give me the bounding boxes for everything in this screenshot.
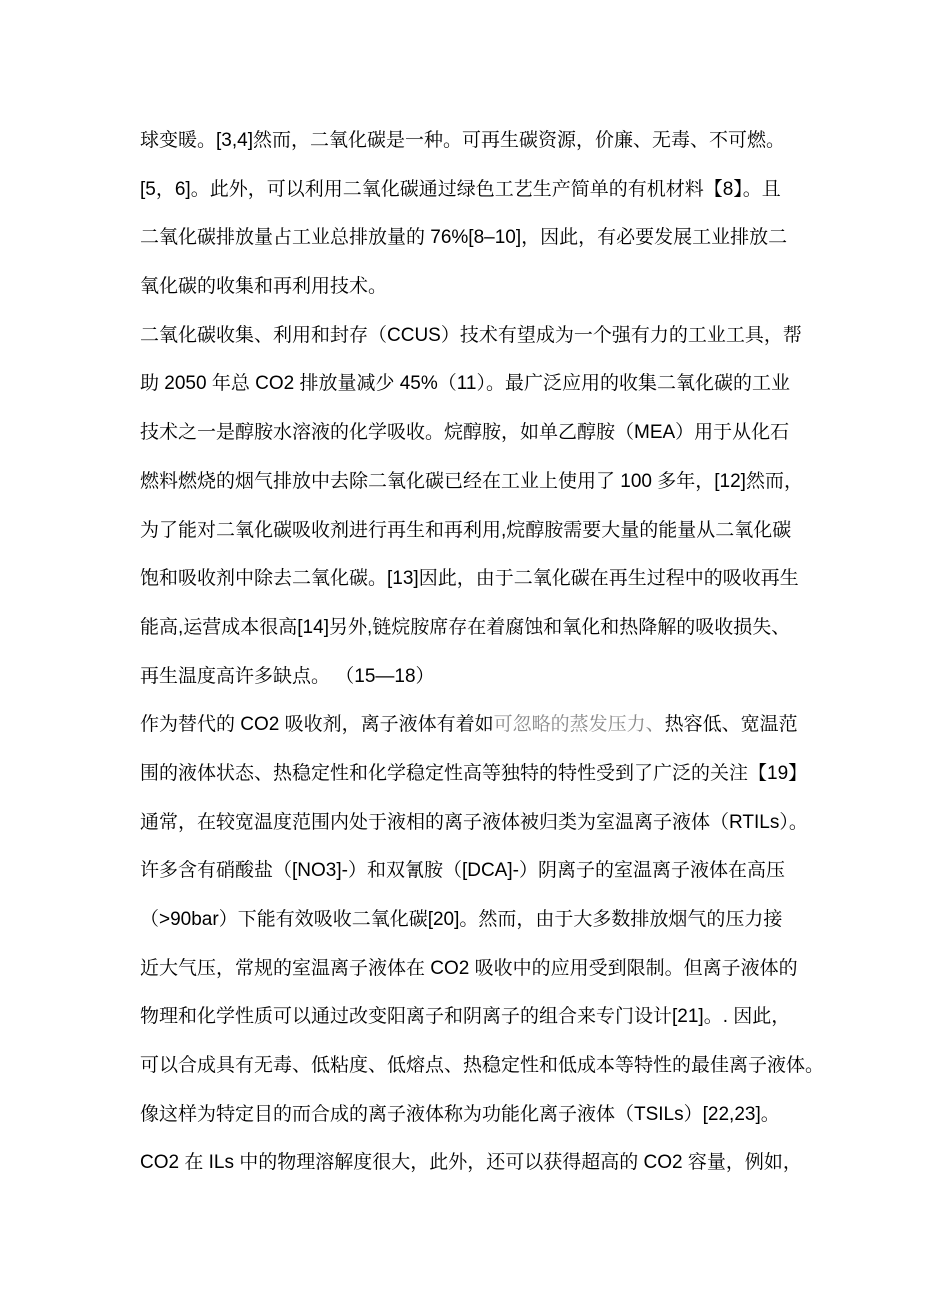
text-segment: [5，6]。此外，可以利用二氧化碳通过绿色工艺生产简单的有机材料【8】。且: [140, 179, 781, 200]
text-line: 二氧化碳收集、利用和封存（CCUS）技术有望成为一个强有力的工业工具，帮: [140, 312, 805, 361]
text-segment: 热容低、宽温范: [665, 714, 798, 735]
text-segment: 像这样为特定目的而合成的离子液体称为功能化离子液体（TSILs）[22,23]。: [140, 1104, 780, 1125]
text-line: 二氧化碳排放量占工业总排放量的 76%[8–10]，因此，有必要发展工业排放二: [140, 214, 805, 263]
text-segment: （>90bar）下能有效吸收二氧化碳[20]。然而，由于大多数排放烟气的压力接: [140, 909, 782, 930]
text-line: 燃料燃烧的烟气排放中去除二氧化碳已经在工业上使用了 100 多年，[12]然而，: [140, 458, 805, 507]
text-line: [5，6]。此外，可以利用二氧化碳通过绿色工艺生产简单的有机材料【8】。且: [140, 166, 805, 215]
text-segment: 助 2050 年总 CO2 排放量减少 45%（11）。最广泛应用的收集二氧化碳…: [140, 373, 790, 394]
text-line: 能高,运营成本很高[14]另外,链烷胺席存在着腐蚀和氧化和热降解的吸收损失、: [140, 604, 805, 653]
text-segment: 可以合成具有无毒、低粘度、低熔点、热稳定性和低成本等特性的最佳离子液体。: [140, 1055, 824, 1076]
text-line: 为了能对二氧化碳吸收剂进行再生和再利用,烷醇胺需要大量的能量从二氧化碳: [140, 507, 805, 556]
text-segment: 技术之一是醇胺水溶液的化学吸收。烷醇胺，如单乙醇胺（MEA）用于从化石: [140, 422, 789, 443]
text-line: 作为替代的 CO2 吸收剂，离子液体有着如可忽略的蒸发压力、热容低、宽温范: [140, 701, 805, 750]
text-line: 饱和吸收剂中除去二氧化碳。[13]因此，由于二氧化碳在再生过程中的吸收再生: [140, 555, 805, 604]
text-line: 通常，在较宽温度范围内处于液相的离子液体被归类为室温离子液体（RTILs）。: [140, 799, 805, 848]
text-line: 助 2050 年总 CO2 排放量减少 45%（11）。最广泛应用的收集二氧化碳…: [140, 360, 805, 409]
grayed-text-segment: 可忽略的蒸发压力、: [494, 714, 665, 735]
text-segment: 燃料燃烧的烟气排放中去除二氧化碳已经在工业上使用了 100 多年，[12]然而，: [140, 471, 803, 492]
text-segment: 为了能对二氧化碳吸收剂进行再生和再利用,烷醇胺需要大量的能量从二氧化碳: [140, 520, 791, 541]
text-segment: 物理和化学性质可以通过改变阳离子和阴离子的组合来专门设计[21]。. 因此，: [140, 1006, 790, 1027]
text-line: 球变暖。[3,4]然而，二氧化碳是一种。可再生碳资源，价廉、无毒、不可燃。: [140, 117, 805, 166]
text-line: 氧化碳的收集和再利用技术。: [140, 263, 805, 312]
document-text: 球变暖。[3,4]然而，二氧化碳是一种。可再生碳资源，价廉、无毒、不可燃。[5，…: [140, 117, 805, 1188]
text-line: 近大气压，常规的室温离子液体在 CO2 吸收中的应用受到限制。但离子液体的: [140, 945, 805, 994]
text-segment: 许多含有硝酸盐（[NO3]-）和双氰胺（[DCA]-）阴离子的室温离子液体在高压: [140, 860, 785, 881]
text-segment: 通常，在较宽温度范围内处于液相的离子液体被归类为室温离子液体（RTILs）。: [140, 812, 808, 833]
text-segment: 饱和吸收剂中除去二氧化碳。[13]因此，由于二氧化碳在再生过程中的吸收再生: [140, 568, 799, 589]
text-segment: 二氧化碳排放量占工业总排放量的 76%[8–10]，因此，有必要发展工业排放二: [140, 227, 787, 248]
text-line: 围的液体状态、热稳定性和化学稳定性高等独特的特性受到了广泛的关注【19】: [140, 750, 805, 799]
text-line: 许多含有硝酸盐（[NO3]-）和双氰胺（[DCA]-）阴离子的室温离子液体在高压: [140, 847, 805, 896]
text-line: 再生温度高许多缺点。 （15—18）: [140, 653, 805, 702]
text-line: CO2 在 ILs 中的物理溶解度很大，此外，还可以获得超高的 CO2 容量，例…: [140, 1139, 805, 1188]
text-segment: CO2 在 ILs 中的物理溶解度很大，此外，还可以获得超高的 CO2 容量，例…: [140, 1152, 802, 1173]
text-segment: 围的液体状态、热稳定性和化学稳定性高等独特的特性受到了广泛的关注【19】: [140, 763, 807, 784]
text-segment: 二氧化碳收集、利用和封存（CCUS）技术有望成为一个强有力的工业工具，帮: [140, 325, 802, 346]
text-segment: 球变暖。[3,4]然而，二氧化碳是一种。可再生碳资源，价廉、无毒、不可燃。: [140, 130, 785, 151]
document-page: 球变暖。[3,4]然而，二氧化碳是一种。可再生碳资源，价廉、无毒、不可燃。[5，…: [0, 0, 926, 1309]
text-segment: 近大气压，常规的室温离子液体在 CO2 吸收中的应用受到限制。但离子液体的: [140, 958, 798, 979]
text-segment: 氧化碳的收集和再利用技术。: [140, 276, 387, 297]
text-line: 物理和化学性质可以通过改变阳离子和阴离子的组合来专门设计[21]。. 因此，: [140, 993, 805, 1042]
text-segment: 再生温度高许多缺点。 （15—18）: [140, 666, 435, 687]
text-line: 技术之一是醇胺水溶液的化学吸收。烷醇胺，如单乙醇胺（MEA）用于从化石: [140, 409, 805, 458]
text-line: （>90bar）下能有效吸收二氧化碳[20]。然而，由于大多数排放烟气的压力接: [140, 896, 805, 945]
text-line: 可以合成具有无毒、低粘度、低熔点、热稳定性和低成本等特性的最佳离子液体。: [140, 1042, 805, 1091]
text-line: 像这样为特定目的而合成的离子液体称为功能化离子液体（TSILs）[22,23]。: [140, 1091, 805, 1140]
text-segment: 能高,运营成本很高[14]另外,链烷胺席存在着腐蚀和氧化和热降解的吸收损失、: [140, 617, 790, 638]
text-segment: 作为替代的 CO2 吸收剂，离子液体有着如: [140, 714, 494, 735]
